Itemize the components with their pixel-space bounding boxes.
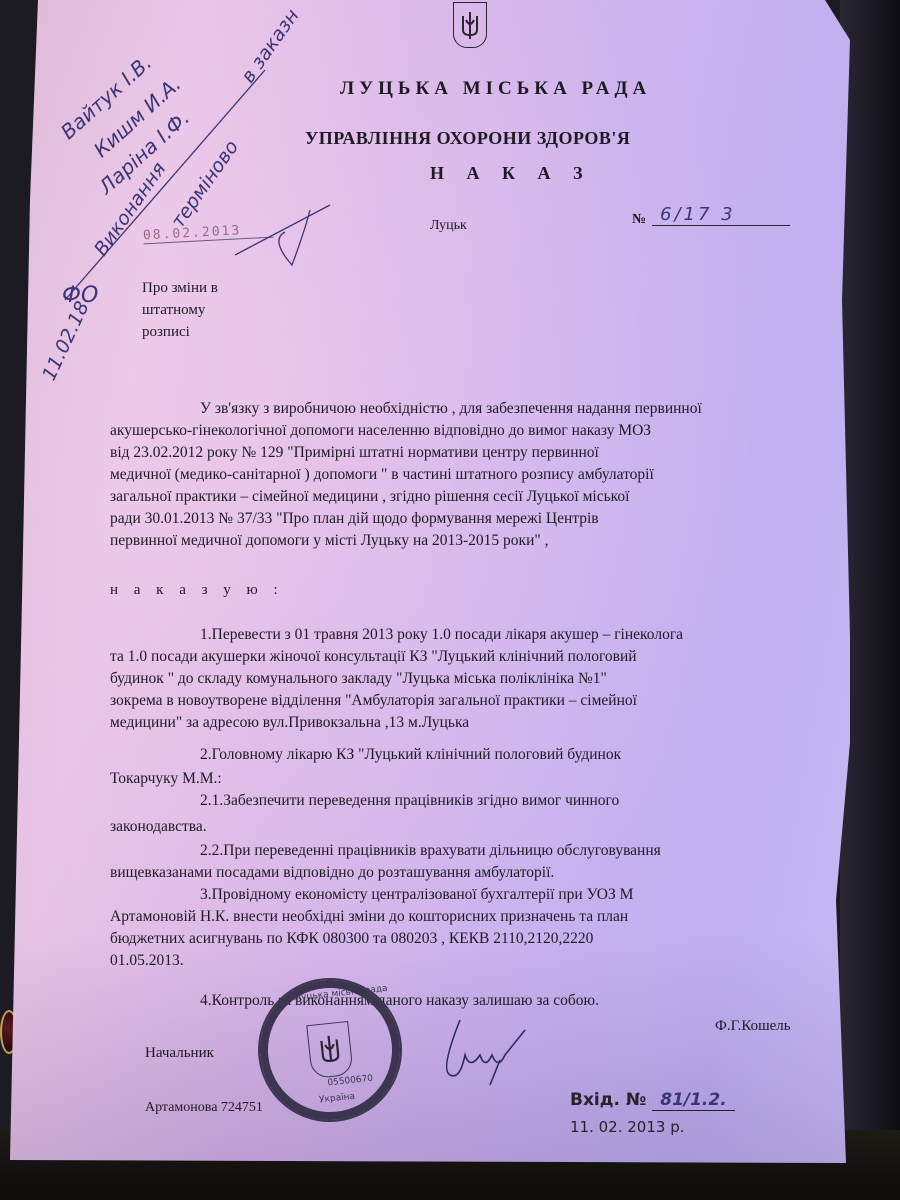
order-item-4: 4.Контроль за виконанням даного наказу з…	[110, 990, 835, 1012]
item-line: Токарчуку М.М.:	[110, 768, 835, 790]
preamble-line: первинної медичної допомоги у місті Луць…	[110, 530, 835, 552]
item-line: та 1.0 посади акушерки жіночої консульта…	[110, 646, 835, 668]
item-line: зокрема в новоутворене відділення "Амбул…	[110, 690, 835, 712]
order-number-value: 6/17 3	[652, 204, 790, 226]
signatory-position: Начальник	[145, 1045, 214, 1062]
order-item-2-2: 2.2.При переведенні працівників врахуват…	[110, 840, 835, 884]
item-line: 1.Перевести з 01 травня 2013 року 1.0 по…	[110, 624, 835, 646]
council-title: ЛУЦЬКА МІСЬКА РАДА	[340, 78, 651, 100]
item-line: будинок " до складу комунального закладу…	[110, 668, 835, 690]
signatory-name: Ф.Г.Кошель	[715, 1018, 791, 1035]
item-line: медицини" за адресою вул.Привокзальна ,1…	[110, 712, 835, 734]
subject-line: Про зміни в	[142, 277, 218, 299]
incoming-number: 81/1.2.	[652, 1090, 734, 1111]
item-line: 4.Контроль за виконанням даного наказу з…	[110, 990, 835, 1012]
item-line: 2.1.Забезпечити переведення працівників …	[110, 790, 835, 812]
item-line: 2.2.При переведенні працівників врахуват…	[110, 840, 835, 862]
subject-line: штатному	[142, 299, 218, 321]
order-item-3: 3.Провідному економісту централізованої …	[110, 884, 835, 972]
seal-trident-icon	[306, 1021, 353, 1079]
preamble-line: від 23.02.2012 року № 129 "Примірні штат…	[110, 442, 835, 464]
item-line: бюджетних асигнувань по КФК 080300 та 08…	[110, 928, 835, 950]
seal-country: Україна	[319, 1092, 356, 1106]
preamble-line: акушерсько-гінекологічної допомоги насел…	[110, 420, 835, 442]
incoming-label: Вхід. №	[570, 1090, 646, 1110]
item-line: 01.05.2013.	[110, 950, 835, 972]
executor-contact: Артамонова 724751	[145, 1100, 263, 1116]
subject-line: розписі	[142, 321, 218, 343]
item-line: 2.Головному лікарю КЗ "Луцький клінічний…	[110, 744, 835, 766]
order-keyword: н а к а з у ю :	[110, 582, 284, 599]
item-line: 3.Провідному економісту централізованої …	[110, 884, 835, 906]
preamble-line: загальної практики – сімейної медицини ,…	[110, 486, 835, 508]
document-type: Н А К А З	[430, 163, 592, 184]
order-item-2: 2.Головному лікарю КЗ "Луцький клінічний…	[110, 744, 835, 790]
preamble-line: ради 30.01.2013 № 37/33 "Про план дій що…	[110, 508, 835, 530]
order-item-2-1: 2.1.Забезпечити переведення працівників …	[110, 790, 835, 838]
preamble-line: У зв'язку з виробничою необхідністю , дл…	[110, 398, 835, 420]
item-line: законодавства.	[110, 816, 835, 838]
item-line: Артамоновій Н.К. внести необхідні зміни …	[110, 906, 835, 928]
item-line: вищевказанами посадами відповідно до роз…	[110, 862, 835, 884]
order-subject: Про зміни в штатному розписі	[142, 277, 218, 343]
seal-text-top: Луцька міська рада	[294, 984, 388, 1004]
preamble-paragraph: У зв'язку з виробничою необхідністю , дл…	[110, 398, 835, 552]
city: Луцьк	[430, 218, 467, 234]
signature-scribble	[430, 1010, 550, 1090]
order-item-1: 1.Перевести з 01 травня 2013 року 1.0 по…	[110, 624, 835, 734]
order-number-label: №	[632, 212, 646, 228]
incoming-date: 11. 02. 2013 р.	[570, 1118, 684, 1136]
trident-icon	[453, 2, 487, 48]
incoming-registration: Вхід. № 81/1.2.	[570, 1090, 735, 1110]
preamble-line: медичної (медико-санітарної ) допомоги "…	[110, 464, 835, 486]
